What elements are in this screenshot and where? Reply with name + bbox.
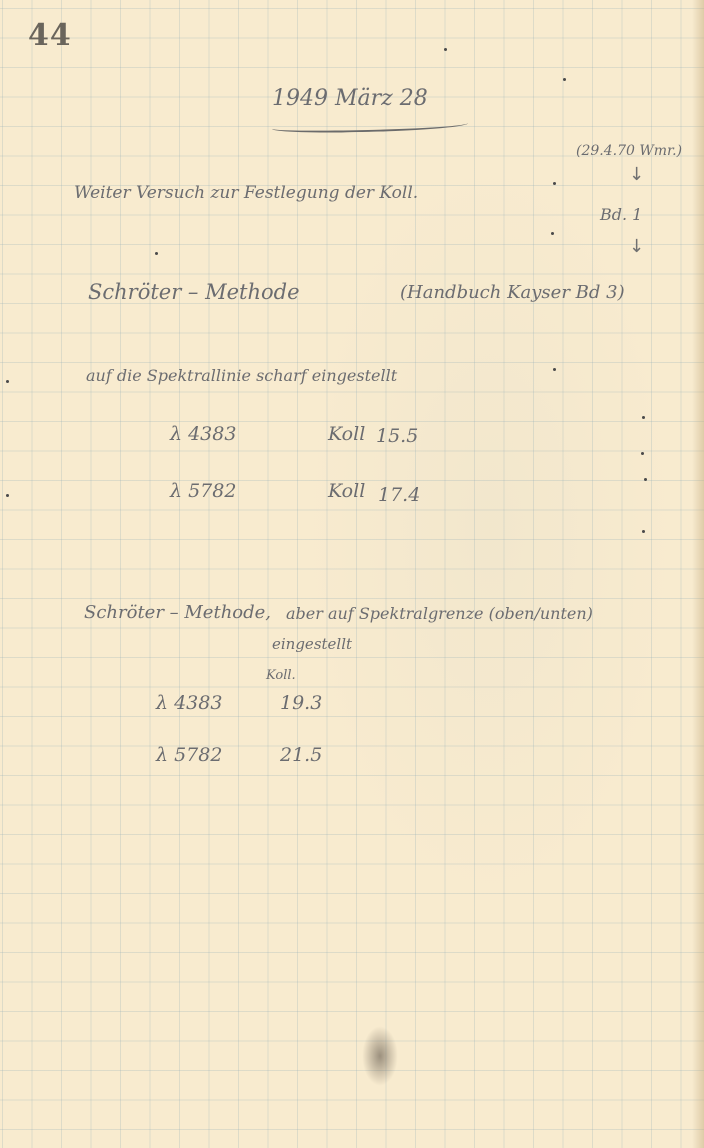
entry-date: 1949 März 28 — [272, 86, 428, 111]
method-2-row-2-wavelength: λ 5782 — [156, 744, 222, 766]
speck — [641, 452, 644, 455]
speck — [644, 478, 647, 481]
date-underline — [272, 118, 468, 133]
method-2-row-2-value: 21.5 — [280, 744, 322, 766]
speck — [553, 368, 556, 371]
method-2-setup-line-2: eingestellt — [272, 635, 352, 653]
margin-reference: (29.4.70 Wmr.) — [576, 143, 682, 159]
method-2-column-header: Koll. — [266, 668, 296, 683]
speck — [642, 416, 645, 419]
speck — [642, 530, 645, 533]
speck — [551, 232, 554, 235]
method-1-row-1-value: 15.5 — [376, 425, 418, 447]
down-arrow-icon: ↓ — [629, 164, 644, 185]
method-2-row-1-value: 19.3 — [280, 692, 322, 714]
method-1-setup: auf die Spektrallinie scharf eingestellt — [86, 366, 397, 385]
speck — [553, 182, 556, 185]
pencil-smudge — [362, 1026, 398, 1086]
method-1-row-2-label: Koll — [328, 480, 365, 502]
method-1-row-1-label: Koll — [328, 423, 365, 445]
method-1-row-2-value: 17.4 — [378, 484, 420, 506]
speck — [444, 48, 447, 51]
method-1-row-2-wavelength: λ 5782 — [170, 480, 236, 502]
page-edge — [692, 0, 704, 1148]
speck — [155, 252, 158, 255]
notebook-page: 44 1949 März 28 (29.4.70 Wmr.) ↓ Bd. 1 ↓… — [0, 0, 704, 1148]
method-1-reference: (Handbuch Kayser Bd 3) — [400, 282, 625, 303]
page-number: 44 — [28, 18, 72, 53]
speck — [6, 380, 9, 383]
method-2-setup-line-1: aber auf Spektralgrenze (oben/unten) — [286, 604, 593, 623]
method-1-title: Schröter – Methode — [88, 280, 300, 304]
speck — [6, 494, 9, 497]
speck — [563, 78, 566, 81]
method-2-title: Schröter – Methode, — [84, 602, 271, 623]
down-arrow-icon: ↓ — [629, 236, 644, 257]
method-1-row-1-wavelength: λ 4383 — [170, 423, 236, 445]
bleed-through-text — [300, 150, 680, 910]
method-2-row-1-wavelength: λ 4383 — [156, 692, 222, 714]
volume-label: Bd. 1 — [600, 205, 642, 224]
intro-line: Weiter Versuch zur Festlegung der Koll. — [74, 183, 418, 203]
